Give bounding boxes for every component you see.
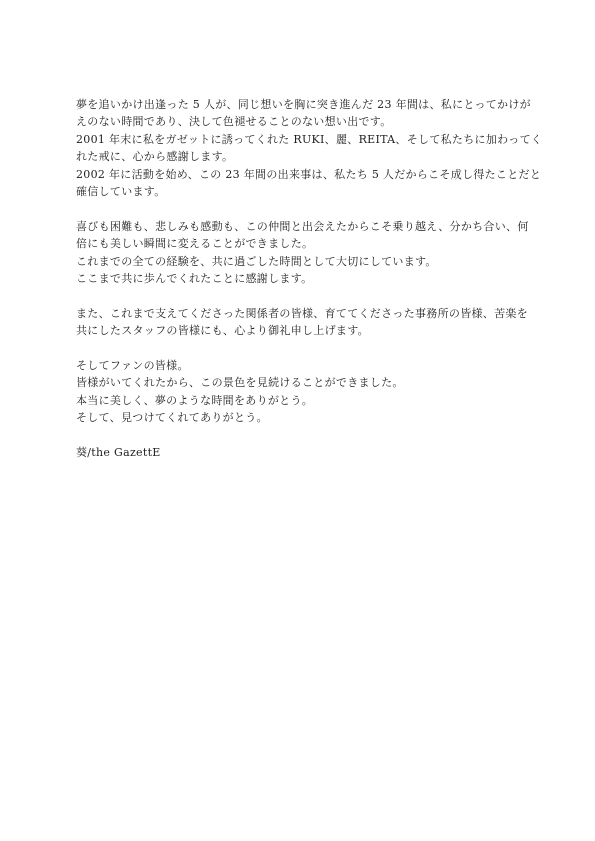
letter-body: 夢を追いかけ出逢った 5 人が、同じ想いを胸に突き進んだ 23 年間は、私にとっ… bbox=[76, 96, 528, 461]
text-line: 2002 年に活動を始め、この 23 年間の出来事は、私たち 5 人だからこそ成… bbox=[76, 166, 528, 183]
text-line: 皆様がいてくれたから、この景色を見続けることができました。 bbox=[76, 374, 528, 391]
document-page: 夢を追いかけ出逢った 5 人が、同じ想いを胸に突き進んだ 23 年間は、私にとっ… bbox=[0, 0, 595, 841]
text-line: 喜びも困難も、悲しみも感動も、この仲間と出会えたからこそ乗り越え、分かち合い、何 bbox=[76, 218, 528, 235]
paragraph: 夢を追いかけ出逢った 5 人が、同じ想いを胸に突き進んだ 23 年間は、私にとっ… bbox=[76, 96, 528, 200]
paragraph: 喜びも困難も、悲しみも感動も、この仲間と出会えたからこそ乗り越え、分かち合い、何… bbox=[76, 218, 528, 288]
text-line: また、これまで支えてくださった関係者の皆様、育ててくださった事務所の皆様、苦楽を bbox=[76, 305, 528, 322]
text-line: そして、見つけてくれてありがとう。 bbox=[76, 409, 528, 426]
text-line: えのない時間であり、決して色褪せることのない想い出です。 bbox=[76, 113, 528, 130]
text-line: ここまで共に歩んでくれたことに感謝します。 bbox=[76, 270, 528, 287]
paragraphs-container: 夢を追いかけ出逢った 5 人が、同じ想いを胸に突き進んだ 23 年間は、私にとっ… bbox=[76, 96, 528, 427]
text-line: 本当に美しく、夢のような時間をありがとう。 bbox=[76, 392, 528, 409]
paragraph: そしてファンの皆様。皆様がいてくれたから、この景色を見続けることができました。本… bbox=[76, 357, 528, 427]
text-line: 倍にも美しい瞬間に変えることができました。 bbox=[76, 235, 528, 252]
signature: 葵/the GazettE bbox=[76, 444, 528, 461]
text-line: 確信しています。 bbox=[76, 183, 528, 200]
paragraph: また、これまで支えてくださった関係者の皆様、育ててくださった事務所の皆様、苦楽を… bbox=[76, 305, 528, 340]
text-line: 夢を追いかけ出逢った 5 人が、同じ想いを胸に突き進んだ 23 年間は、私にとっ… bbox=[76, 96, 528, 113]
text-line: これまでの全ての経験を、共に過ごした時間として大切にしています。 bbox=[76, 253, 528, 270]
text-line: そしてファンの皆様。 bbox=[76, 357, 528, 374]
text-line: 2001 年末に私をガゼットに誘ってくれた RUKI、麗、REITA、そして私た… bbox=[76, 131, 528, 148]
text-line: 共にしたスタッフの皆様にも、心より御礼申し上げます。 bbox=[76, 322, 528, 339]
text-line: れた戒に、心から感謝します。 bbox=[76, 148, 528, 165]
